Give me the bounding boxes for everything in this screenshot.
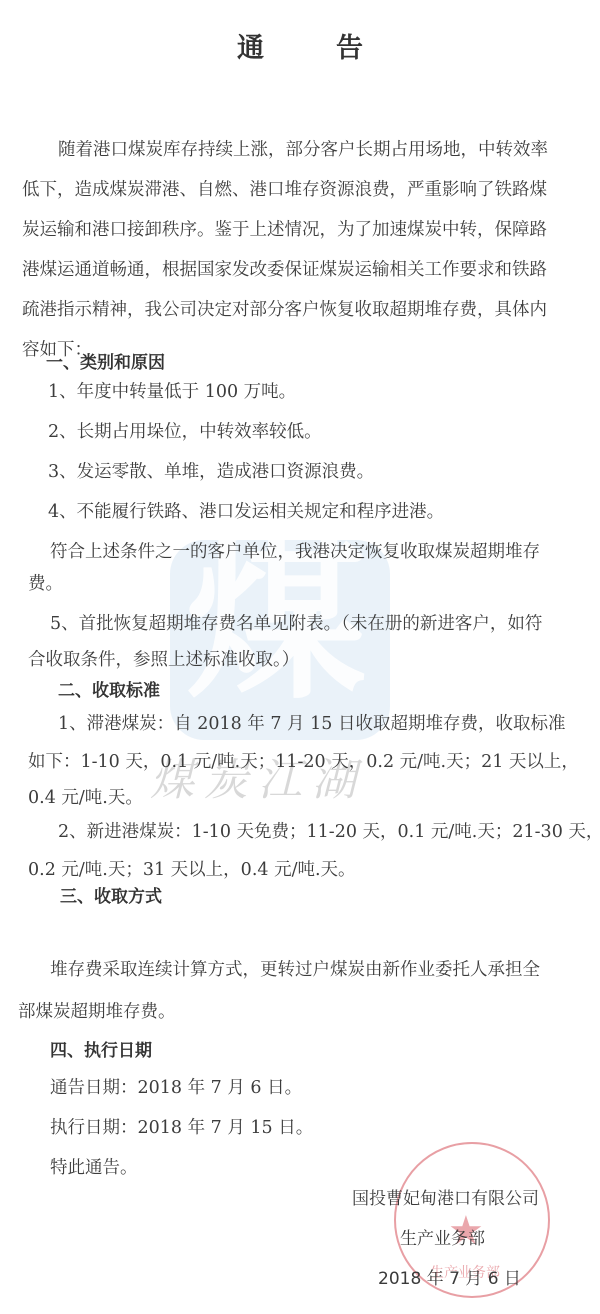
intro-line: 港煤运通道畅通，根据国家发改委保证煤炭运输相关工作要求和铁路 [22, 256, 547, 281]
category-item: 3、发运零散、单堆，造成港口资源浪费。 [48, 458, 374, 483]
section-heading-fee-standard: 二、收取标准 [58, 676, 160, 701]
category-item: 1、年度中转量低于 100 万吨。 [48, 378, 296, 403]
effective-date: 执行日期：2018 年 7 月 15 日。 [50, 1114, 313, 1139]
fee-standard-item: 如下：1-10 天，0.1 元/吨.天；11-20 天，0.2 元/吨.天；21… [28, 748, 579, 773]
section-heading-collection-method: 三、收取方式 [60, 882, 162, 907]
collection-method-text: 堆存费采取连续计算方式，更转过户煤炭由新作业委托人承担全 [50, 956, 540, 981]
closing-statement: 特此通告。 [50, 1154, 138, 1179]
collection-method-text: 部煤炭超期堆存费。 [18, 998, 176, 1023]
category-item: 4、不能履行铁路、港口发运相关规定和程序进港。 [48, 498, 444, 523]
title-char-right: 告 [336, 33, 363, 64]
fee-standard-item: 1、滞港煤炭：自 2018 年 7 月 15 日收取超期堆存费，收取标准 [58, 710, 565, 735]
fee-standard-item: 0.2 元/吨.天；31 天以上，0.4 元/吨.天。 [28, 856, 356, 881]
signature-company: 国投曹妃甸港口有限公司 [352, 1184, 539, 1209]
intro-line: 炭运输和港口接卸秩序。鉴于上述情况，为了加速煤炭中转，保障路 [22, 216, 547, 241]
section-heading-categories: 一、类别和原因 [46, 348, 165, 373]
page-title: 通告 [0, 26, 600, 65]
signature-department: 生产业务部 [400, 1224, 485, 1249]
intro-line: 随着港口煤炭库存持续上涨，部分客户长期占用场地，中转效率 [58, 136, 548, 161]
signature-date: 2018 年 7 月 6 日 [378, 1264, 521, 1289]
category-item: 2、长期占用垛位，中转效率较低。 [48, 418, 322, 443]
intro-line: 低下，造成煤炭滞港、自燃、港口堆存资源浪费，严重影响了铁路煤 [22, 176, 547, 201]
category-note: 符合上述条件之一的客户单位，我港决定恢复收取煤炭超期堆存 [50, 538, 540, 563]
title-char-left: 通 [237, 33, 264, 64]
category-item-5: 合收取条件，参照上述标准收取。） [28, 646, 299, 671]
fee-standard-item: 0.4 元/吨.天。 [28, 784, 143, 809]
category-note: 费。 [28, 570, 63, 595]
section-heading-effective-date: 四、执行日期 [50, 1036, 152, 1061]
notice-date: 通告日期：2018 年 7 月 6 日。 [50, 1074, 302, 1099]
intro-line: 疏港指示精神，我公司决定对部分客户恢复收取超期堆存费，具体内 [22, 296, 547, 321]
fee-standard-item: 2、新进港煤炭：1-10 天免费；11-20 天，0.1 元/吨.天；21-30… [58, 818, 600, 843]
category-item-5: 5、首批恢复超期堆存费名单见附表。（未在册的新进客户，如符 [50, 610, 542, 635]
